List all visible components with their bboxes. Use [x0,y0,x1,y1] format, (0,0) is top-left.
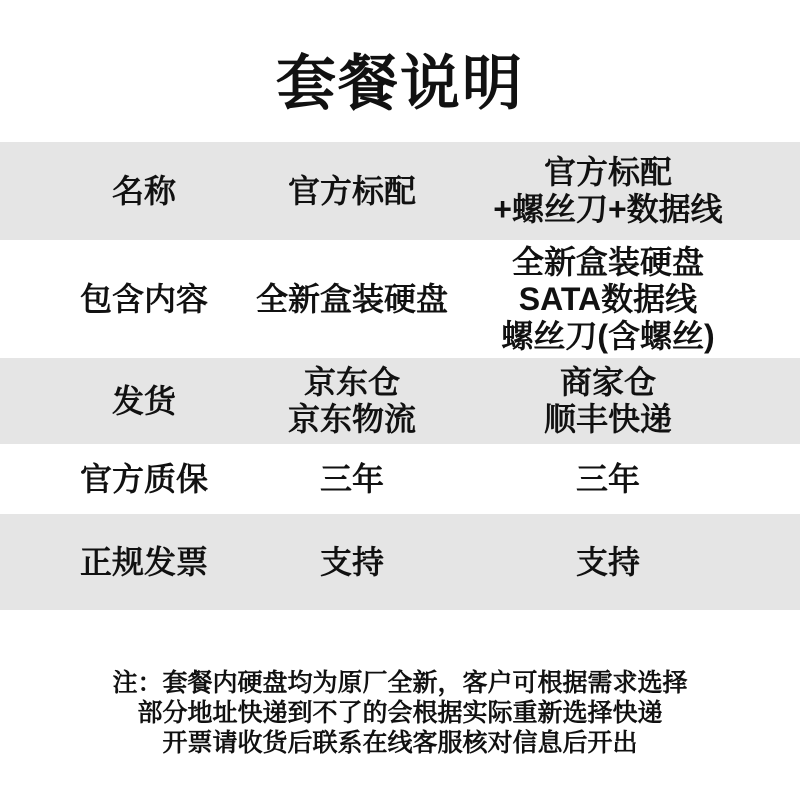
package-bundle-value: 商家仓 顺丰快递 [544,364,672,438]
package-bundle-cell: 三年 [416,444,800,514]
package-bundle-value: 三年 [576,461,640,498]
product-info-image: 套餐说明 名称 官方标配 官方标配 +螺丝刀+数据线 包含内容 全新盒装硬盘 全… [0,0,800,800]
spec-table: 名称 官方标配 官方标配 +螺丝刀+数据线 包含内容 全新盒装硬盘 全新盒装硬盘… [0,142,800,610]
package-standard-cell: 三年 [288,444,416,514]
package-standard-value: 官方标配 [288,173,416,210]
table-row-shipping: 发货 京东仓 京东物流 商家仓 顺丰快递 [0,358,800,444]
page-title: 套餐说明 [0,0,800,115]
spec-label-cell: 正规发票 [0,514,288,610]
package-standard-cell: 官方标配 [288,142,416,240]
spec-label-cell: 包含内容 [0,240,288,358]
spec-label-cell: 名称 [0,142,288,240]
package-bundle-value: 官方标配 +螺丝刀+数据线 [493,154,722,228]
table-row-invoice: 正规发票 支持 支持 [0,514,800,610]
package-standard-cell: 支持 [288,514,416,610]
package-standard-value: 三年 [320,461,384,498]
spec-label: 包含内容 [80,281,208,318]
package-bundle-cell: 全新盒装硬盘 SATA数据线 螺丝刀(含螺丝) [416,240,800,358]
note-line-3: 开票请收货后联系在线客服核对信息后开出 [0,728,800,758]
table-row-contents: 包含内容 全新盒装硬盘 全新盒装硬盘 SATA数据线 螺丝刀(含螺丝) [0,240,800,358]
note: 注：套餐内硬盘均为原厂全新，客户可根据需求选择 部分地址快递到不了的会根据实际重… [0,668,800,758]
spec-label-cell: 官方质保 [0,444,288,514]
table-row-warranty: 官方质保 三年 三年 [0,444,800,514]
package-bundle-cell: 商家仓 顺丰快递 [416,358,800,444]
note-line-1: 注：套餐内硬盘均为原厂全新，客户可根据需求选择 [0,668,800,698]
spec-label-cell: 发货 [0,358,288,444]
package-bundle-value: 全新盒装硬盘 SATA数据线 螺丝刀(含螺丝) [501,244,714,355]
package-standard-cell: 京东仓 京东物流 [288,358,416,444]
spec-label: 官方质保 [80,461,208,498]
spec-label: 名称 [112,173,176,210]
package-bundle-cell: 支持 [416,514,800,610]
package-bundle-cell: 官方标配 +螺丝刀+数据线 [416,142,800,240]
table-row-name: 名称 官方标配 官方标配 +螺丝刀+数据线 [0,142,800,240]
spec-label: 正规发票 [80,544,208,581]
package-bundle-value: 支持 [576,544,640,581]
spec-label: 发货 [112,383,176,420]
note-line-2: 部分地址快递到不了的会根据实际重新选择快递 [0,698,800,728]
package-standard-value: 支持 [320,544,384,581]
package-standard-value: 京东仓 京东物流 [288,364,416,438]
package-standard-cell: 全新盒装硬盘 [288,240,416,358]
